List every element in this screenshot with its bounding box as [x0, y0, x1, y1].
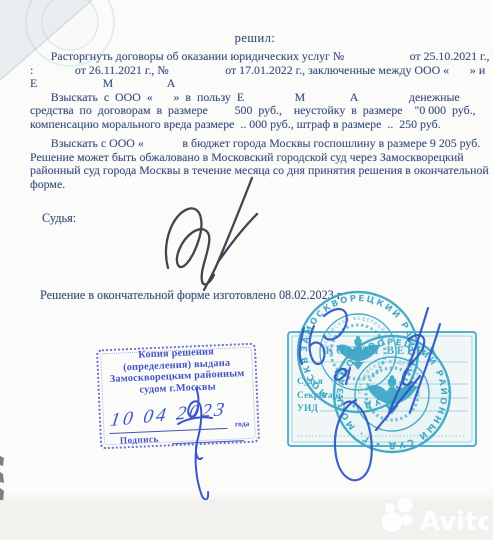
clerk-signature-tail: [196, 442, 209, 499]
resolution-heading: решил:: [0, 31, 493, 46]
avito-logo-circle-large: [382, 512, 402, 532]
signature-long-stroke: [204, 178, 252, 290]
avito-logo-circle-tiny: [402, 515, 413, 526]
avito-logo-circle-medium: [398, 498, 413, 513]
avito-watermark: Avito: [378, 494, 488, 538]
judge-signature: [140, 148, 280, 303]
court-decision-scan: решил: Расторгнуть договоры об оказании …: [0, 0, 493, 540]
judge-label: Судья:: [42, 211, 76, 226]
avito-wordmark: Avito: [420, 507, 488, 537]
avito-logo-circle-small: [385, 503, 395, 513]
body-line: компенсацию морального вреда размере .. …: [30, 118, 470, 132]
body-line: Е М А: [30, 77, 470, 91]
body-line: : от 26.11.2021 г., № от 17.01.2022 г., …: [30, 64, 470, 78]
clerk-signature-cross: [178, 417, 212, 424]
body-line: Расторгнуть договоры об оказании юридиче…: [30, 50, 470, 64]
signature-loop: [166, 208, 214, 284]
clerk-signature-zigzag: [188, 388, 202, 459]
date-suffix-label: года: [235, 419, 250, 429]
clerk-signature: [150, 380, 230, 505]
body-line: Взыскать с ООО « » в пользу Е М А денежн…: [30, 91, 470, 105]
certification-row-uid: УИД: [297, 404, 318, 414]
body-line: средства по договорам в размере 500 руб.…: [30, 104, 470, 118]
court-seal-cluster: КОПИЯ ВЕРНА Судья Секретарь УИД ЗАМОСКВО…: [280, 280, 485, 515]
signature-upstroke: [218, 214, 257, 262]
